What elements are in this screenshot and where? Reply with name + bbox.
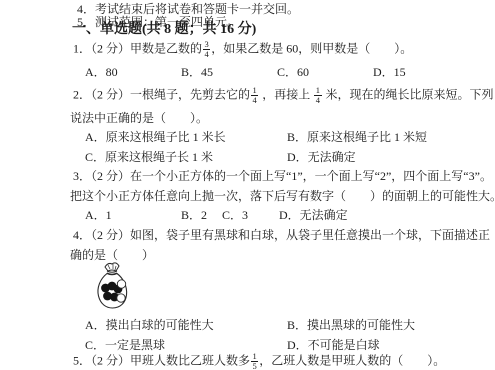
question-2-options-row2: C．原来这根绳子长 1 米 D．无法确定 <box>85 149 356 165</box>
question-4-options-row1: A．摸出白球的可能性大 B．摸出黑球的可能性大 <box>85 317 415 333</box>
q4-option-a: A．摸出白球的可能性大 <box>85 317 287 333</box>
q2-option-a: A．原来这根绳子比 1 米长 <box>85 129 287 145</box>
question-3-options: A．1 B．2 C．3 D．无法确定 <box>85 207 348 223</box>
fraction-denominator: 4 <box>251 96 258 105</box>
q2-option-b: B．原来这根绳子比 1 米短 <box>287 129 427 145</box>
q5-text-seg1: 5．（2 分）甲班人数比乙班人数多 <box>73 354 250 368</box>
q1-option-a: A．80 <box>85 64 181 80</box>
q2-text-seg3: 米，现在的绳长比原来短。下列 <box>323 88 494 102</box>
q1-option-d: D．15 <box>373 64 406 80</box>
q2-fraction-2: 14 <box>314 86 321 105</box>
q5-text-seg2: ，乙班人数是甲班人数的（ ）。 <box>259 354 445 368</box>
q3-option-a: A．1 <box>85 207 181 223</box>
question-2-options-row1: A．原来这根绳子比 1 米长 B．原来这根绳子比 1 米短 <box>85 129 427 145</box>
q1-option-c: C．60 <box>277 64 373 80</box>
section-heading: 一、单选题(共 8 题；共 16 分) <box>72 22 256 38</box>
fraction-denominator: 5 <box>251 362 258 370</box>
question-3-text-line1: 3．（2 分）在一个小正方体的一个面上写“1”，一个面上写“2”，四个面上写“3… <box>73 168 492 184</box>
question-3-text-line2: 把这个小正方体任意向上抛一次，落下后写有数字（ ）的面朝上的可能性大。 <box>70 188 495 204</box>
fraction-denominator: 4 <box>314 96 321 105</box>
fraction-denominator: 4 <box>203 50 210 59</box>
q1-fraction: 34 <box>203 40 210 59</box>
question-1-options: A．80 B．45 C．60 D．15 <box>85 64 406 80</box>
question-5-text: 5．（2 分）甲班人数比乙班人数多15，乙班人数是甲班人数的（ ）。 <box>73 352 445 370</box>
q4-option-b: B．摸出黑球的可能性大 <box>287 317 415 333</box>
question-4-text-line1: 4．（2 分）如图，袋子里有黑球和白球，从袋子里任意摸出一个球，下面描述正 <box>73 227 490 243</box>
q3-option-d: D．无法确定 <box>279 207 348 223</box>
q3-option-b: B．2 <box>181 207 222 223</box>
q2-fraction-1: 14 <box>251 86 258 105</box>
q2-text-seg1: 2．（2 分）一根绳子，先剪去它的 <box>73 88 250 102</box>
q4-option-d: D．不可能是白球 <box>287 337 380 353</box>
bag-of-balls-image <box>92 261 132 311</box>
q3-option-c: C．3 <box>222 207 279 223</box>
question-4-options-row2: C．一定是黑球 D．不可能是白球 <box>85 337 380 353</box>
q1-text-seg2: ，如果乙数是 60，则甲数是（ ）。 <box>211 42 412 56</box>
q2-text-seg2: ，再接上 <box>259 88 313 102</box>
q1-text-seg1: 1．（2 分）甲数是乙数的 <box>73 42 202 56</box>
question-2-text-line1: 2．（2 分）一根绳子，先剪去它的14 ，再接上 14 米，现在的绳长比原来短。… <box>73 86 494 105</box>
q2-option-d: D．无法确定 <box>287 149 356 165</box>
q2-option-c: C．原来这根绳子长 1 米 <box>85 149 287 165</box>
test-paper-page: 4．考试结束后将试卷和答题卡一并交回。 5．测试范围：第一至四单元。 一、单选题… <box>0 0 495 370</box>
q1-option-b: B．45 <box>181 64 277 80</box>
question-2-text-line2: 说法中正确的是（ ）。 <box>70 110 208 126</box>
q5-fraction: 15 <box>251 352 258 370</box>
question-1-text: 1．（2 分）甲数是乙数的34，如果乙数是 60，则甲数是（ ）。 <box>73 40 412 59</box>
